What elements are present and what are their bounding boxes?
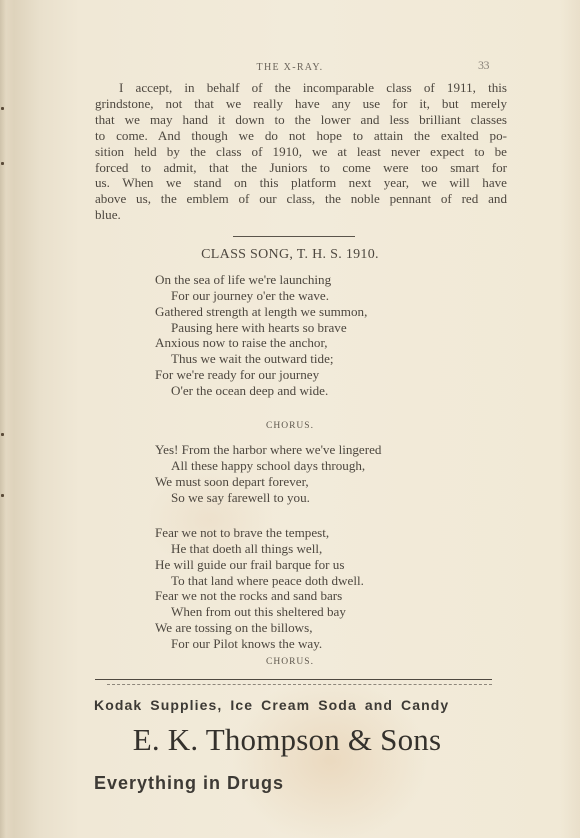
text-line: sition held by the class of 1910, we at … <box>95 144 507 160</box>
verse-line: For we're ready for our journey <box>155 367 475 383</box>
verse-line: For our Pilot knows the way. <box>155 636 475 652</box>
text-line: forced to admit, that the Juniors to com… <box>95 160 507 176</box>
verse-line: When from out this sheltered bay <box>155 604 475 620</box>
verse-1: On the sea of life we're launching For o… <box>155 272 475 399</box>
text-line: to come. And though we do not hope to at… <box>95 128 507 144</box>
book-page: THE X-RAY. 33 I accept, in behalf of the… <box>0 0 580 838</box>
running-head: THE X-RAY. <box>0 62 580 73</box>
verse-line: For our journey o'er the wave. <box>155 288 475 304</box>
verse-2: Fear we not to brave the tempest, He tha… <box>155 525 475 652</box>
verse-line: We must soon depart forever, <box>155 474 475 490</box>
binding-stitch-mark <box>1 433 4 436</box>
verse-line: He will guide our frail barque for us <box>155 557 475 573</box>
chorus-label: CHORUS. <box>0 421 580 431</box>
verse-line: He that doeth all things well, <box>155 541 475 557</box>
speech-paragraph: I accept, in behalf of the incomparable … <box>95 80 507 223</box>
binding-stitch-mark <box>1 494 4 497</box>
text-line: that we may hand it down to the lower an… <box>95 112 507 128</box>
ad-slogan: Everything in Drugs <box>94 773 284 794</box>
verse-line: We are tossing on the billows, <box>155 620 475 636</box>
verse-line: Gathered strength at length we summon, <box>155 304 475 320</box>
verse-line: All these happy school days through, <box>155 458 475 474</box>
verse-line: Anxious now to raise the anchor, <box>155 335 475 351</box>
verse-line: Fear we not the rocks and sand bars <box>155 588 475 604</box>
section-divider <box>233 236 355 237</box>
text-line: I accept, in behalf of the incomparable … <box>95 80 507 96</box>
ad-divider-bottom <box>107 684 492 685</box>
chorus-label: CHORUS. <box>0 657 580 667</box>
song-title: CLASS SONG, T. H. S. 1910. <box>0 247 580 263</box>
page-number: 33 <box>478 58 489 73</box>
verse-line: Pausing here with hearts so brave <box>155 320 475 336</box>
text-line: above us, the emblem of our class, the n… <box>95 191 507 207</box>
ad-divider-top <box>95 679 492 680</box>
verse-line: On the sea of life we're launching <box>155 272 475 288</box>
verse-line: Yes! From the harbor where we've lingere… <box>155 442 475 458</box>
text-line: us. When we stand on this platform next … <box>95 175 507 191</box>
binding-stitch-mark <box>1 107 4 110</box>
binding-stitch-mark <box>1 162 4 165</box>
verse-line: So we say farewell to you. <box>155 490 475 506</box>
ad-business-name: E. K. Thompson & Sons <box>0 722 580 758</box>
text-line: blue. <box>95 207 507 223</box>
verse-line: To that land where peace doth dwell. <box>155 573 475 589</box>
chorus: Yes! From the harbor where we've lingere… <box>155 442 475 505</box>
verse-line: Fear we not to brave the tempest, <box>155 525 475 541</box>
verse-line: O'er the ocean deep and wide. <box>155 383 475 399</box>
ad-tagline: Kodak Supplies, Ice Cream Soda and Candy <box>94 697 449 713</box>
verse-line: Thus we wait the outward tide; <box>155 351 475 367</box>
text-line: grindstone, not that we really have any … <box>95 96 507 112</box>
